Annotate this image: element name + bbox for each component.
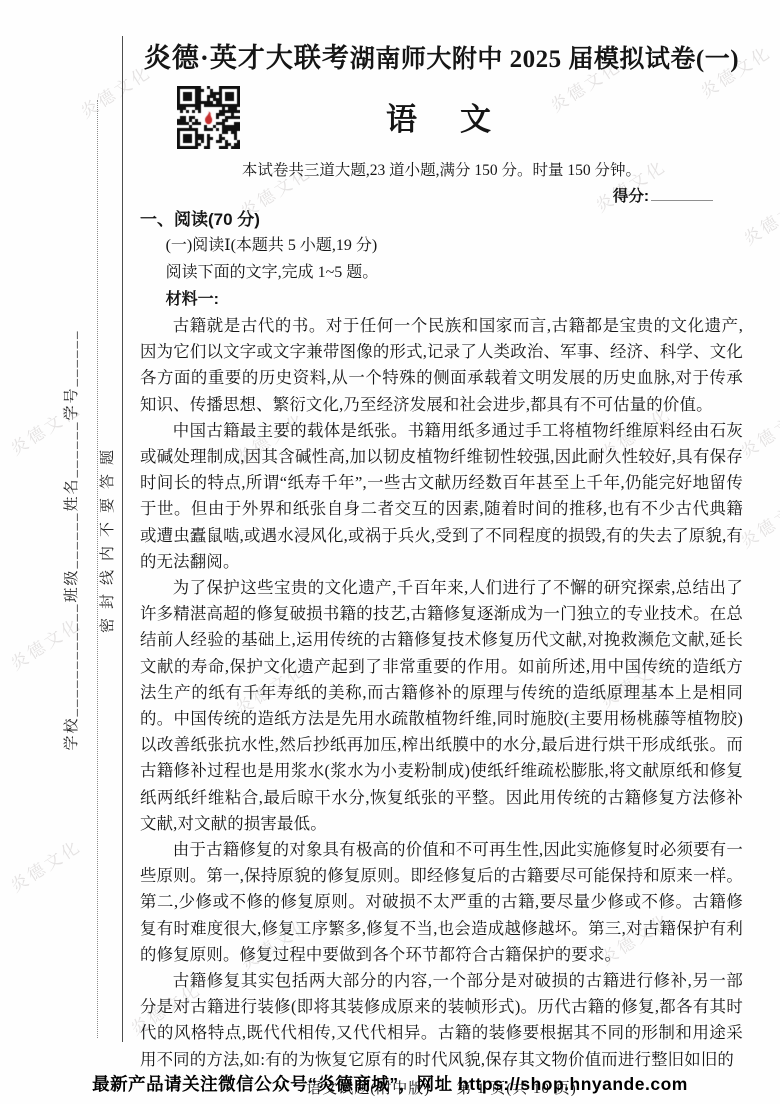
exam-title-brand: 炎德·英才大联考 (144, 43, 350, 73)
material-paragraph: 古籍修复其实包括两大部分的内容,一个部分是对破损的古籍进行修补,另一部分是对古籍… (140, 968, 743, 1073)
qr-code (177, 86, 240, 149)
material-paragraph: 由于古籍修复的对象具有极高的价值和不可再生性,因此实施修复时必须要有一些原则。第… (140, 837, 743, 968)
seal-warning-text: 密封线内不要答题 (96, 357, 120, 717)
watermark-text: 炎德文化 (738, 185, 780, 250)
material-label: 材料一: (140, 286, 743, 313)
score-field: 得分: (140, 184, 743, 206)
exam-title-school: 湖南师大附中 2025 届模拟试卷(一) (350, 46, 739, 73)
seal-divider-line (122, 36, 123, 1042)
material-paragraph: 为了保护这些宝贵的文化遗产,千百年来,人们进行了不懈的研究探索,总结出了许多精湛… (140, 575, 743, 837)
exam-title: 炎德·英才大联考湖南师大附中 2025 届模拟试卷(一) (140, 42, 743, 76)
reading-instruction: 阅读下面的文字,完成 1~5 题。 (140, 259, 743, 286)
part-heading: (一)阅读Ⅰ(本题共 5 小题,19 分) (140, 232, 743, 259)
student-info-fields: 学校____________班级______姓名______学号______ (60, 220, 84, 860)
material-paragraph: 古籍就是古代的书。对于任何一个民族和国家而言,古籍都是宝贵的文化遗产,因为它们以… (140, 313, 743, 418)
material-paragraph: 中国古籍最主要的载体是纸张。书籍用纸多通过手工将植物纤维原料经由石灰或碱处理制成… (140, 418, 743, 575)
exam-page: 炎德文化炎德文化炎德文化炎德文化炎德文化炎德文化炎德文化炎德文化炎德文化炎德文化… (0, 0, 780, 1104)
section-heading: 一、阅读(70 分) (140, 208, 743, 232)
exam-info: 本试卷共三道大题,23 道小题,满分 150 分。时量 150 分钟。 (140, 160, 743, 182)
promo-bar: 最新产品请关注微信公众号“炎德商城”，网址 https://shop.hnyan… (0, 1071, 780, 1096)
score-underline (651, 187, 713, 201)
score-label: 得分: (613, 188, 649, 205)
content-column: 炎德·英才大联考湖南师大附中 2025 届模拟试卷(一) 语 文 本试卷共三道大… (140, 0, 743, 1099)
